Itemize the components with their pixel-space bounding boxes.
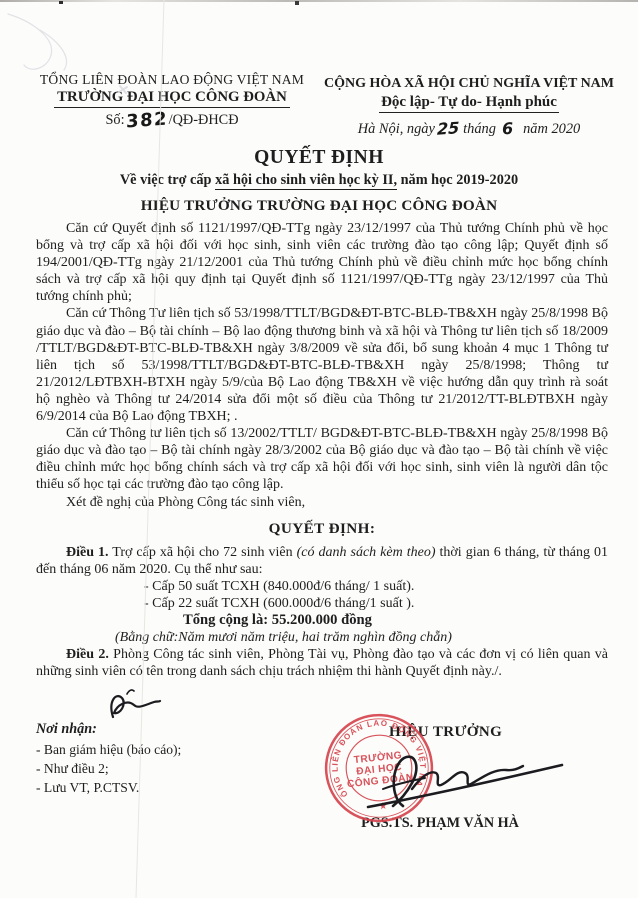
recipients-heading: Nơi nhận:	[36, 721, 181, 738]
approval-scribble	[111, 690, 160, 717]
doc-title: QUYẾT ĐỊNH	[0, 147, 638, 169]
preamble-paragraph: Căn cứ Thông tư liên tịch số 13/2002/TTL…	[36, 425, 608, 493]
stamp-star-icon: ★	[378, 801, 388, 813]
date-line: Hà Nội, ngày25tháng6năm 2020	[316, 119, 622, 138]
scan-artifact-top-edge	[0, 0, 638, 2]
article-2: Điều 2. Phòng Công tác sinh viên, Phòng …	[36, 646, 608, 680]
recipients-block: Nơi nhận: - Ban giám hiệu (báo cáo); - N…	[36, 721, 181, 796]
doc-body: Căn cứ Quyết định số 1121/1997/QĐ-TTg ng…	[36, 220, 608, 680]
month-label: tháng	[463, 121, 496, 137]
article-1-italic-note: (có danh sách kèm theo)	[297, 545, 436, 560]
article-1-bullet: - Cấp 22 suất TCXH (600.000đ/6 tháng/1 s…	[36, 595, 608, 612]
preamble-paragraph: Xét đề nghị của Phòng Công tác sinh viên…	[36, 494, 608, 511]
article-1-bullet: - Cấp 50 suất TCXH (840.000đ/6 tháng/ 1 …	[36, 578, 608, 595]
subtitle-suffix: năm học 2019-2020	[397, 172, 518, 188]
national-header: CỘNG HÒA XÃ HỘI CHỦ NGHĨA VIỆT NAM Độc l…	[316, 76, 622, 138]
scan-artifact-speck	[295, 1, 299, 5]
article-1: Điều 1. Trợ cấp xã hội cho 72 sinh viên …	[36, 544, 608, 578]
independence-motto: Độc lập- Tự do- Hạnh phúc	[379, 94, 559, 113]
official-stamp: TỔNG LIÊN ĐOÀN LAO ĐỘNG VIỆT NAM TRƯỜNG …	[319, 708, 440, 829]
document-page: TỔNG LIÊN ĐOÀN LAO ĐỘNG VIỆT NAM TRƯỜNG …	[0, 0, 638, 898]
doc-number-line: Số:382/QĐ-ĐHCĐ	[26, 110, 318, 131]
org-parent-name: TỔNG LIÊN ĐOÀN LAO ĐỘNG VIỆT NAM	[26, 72, 318, 88]
recipient-item: - Ban giám hiệu (báo cáo);	[36, 742, 181, 758]
date-prefix: Hà Nội, ngày	[358, 121, 435, 137]
article-1-label: Điều 1.	[66, 545, 109, 560]
recipient-item: - Như điều 2;	[36, 761, 181, 777]
doc-number-label: Số:	[105, 112, 124, 128]
subtitle-prefix: Về việc trợ cấp	[120, 172, 215, 188]
amount-in-words: (Bằng chữ:Năm mươi năm triệu, hai trăm n…	[36, 629, 608, 646]
article-2-label: Điều 2.	[66, 647, 109, 662]
recipient-item: - Lưu VT, P.CTSV.	[36, 780, 181, 796]
handwritten-month: 6	[502, 119, 514, 138]
handwritten-day: 25	[437, 118, 460, 139]
article-1-text: Trợ cấp xã hội cho 72 sinh viên	[109, 545, 297, 560]
preamble-paragraph: Căn cứ Quyết định số 1121/1997/QĐ-TTg ng…	[36, 220, 608, 305]
scan-artifact-speck	[59, 1, 63, 4]
article-2-text: Phòng Công tác sinh viên, Phòng Tài vụ, …	[36, 647, 608, 679]
year-label: năm 2020	[523, 121, 580, 137]
title-block: QUYẾT ĐỊNH Về việc trợ cấp xã hội cho si…	[0, 147, 638, 189]
doc-number-suffix: /QĐ-ĐHCĐ	[169, 112, 239, 128]
country-line: CỘNG HÒA XÃ HỘI CHỦ NGHĨA VIỆT NAM	[316, 76, 622, 92]
issuer-line: HIỆU TRƯỞNG TRƯỜNG ĐẠI HỌC CÔNG ĐOÀN	[0, 197, 638, 215]
org-header: TỔNG LIÊN ĐOÀN LAO ĐỘNG VIỆT NAM TRƯỜNG …	[26, 72, 318, 131]
org-name: TRƯỜNG ĐẠI HỌC CÔNG ĐOÀN	[54, 89, 290, 108]
decision-heading: QUYẾT ĐỊNH:	[36, 520, 608, 537]
total-line: Tổng cộng là: 55.200.000 đồng	[36, 612, 608, 629]
doc-number-handwritten: 382	[125, 108, 167, 132]
preamble-paragraph: Căn cứ Thông Tư liên tịch số 53/1998/TTL…	[36, 305, 608, 425]
subtitle-underlined: xã hội cho sinh viên học kỳ II,	[215, 172, 397, 190]
doc-subtitle: Về việc trợ cấp xã hội cho sinh viên học…	[0, 172, 638, 189]
scan-artifact-smudge	[8, 14, 67, 70]
